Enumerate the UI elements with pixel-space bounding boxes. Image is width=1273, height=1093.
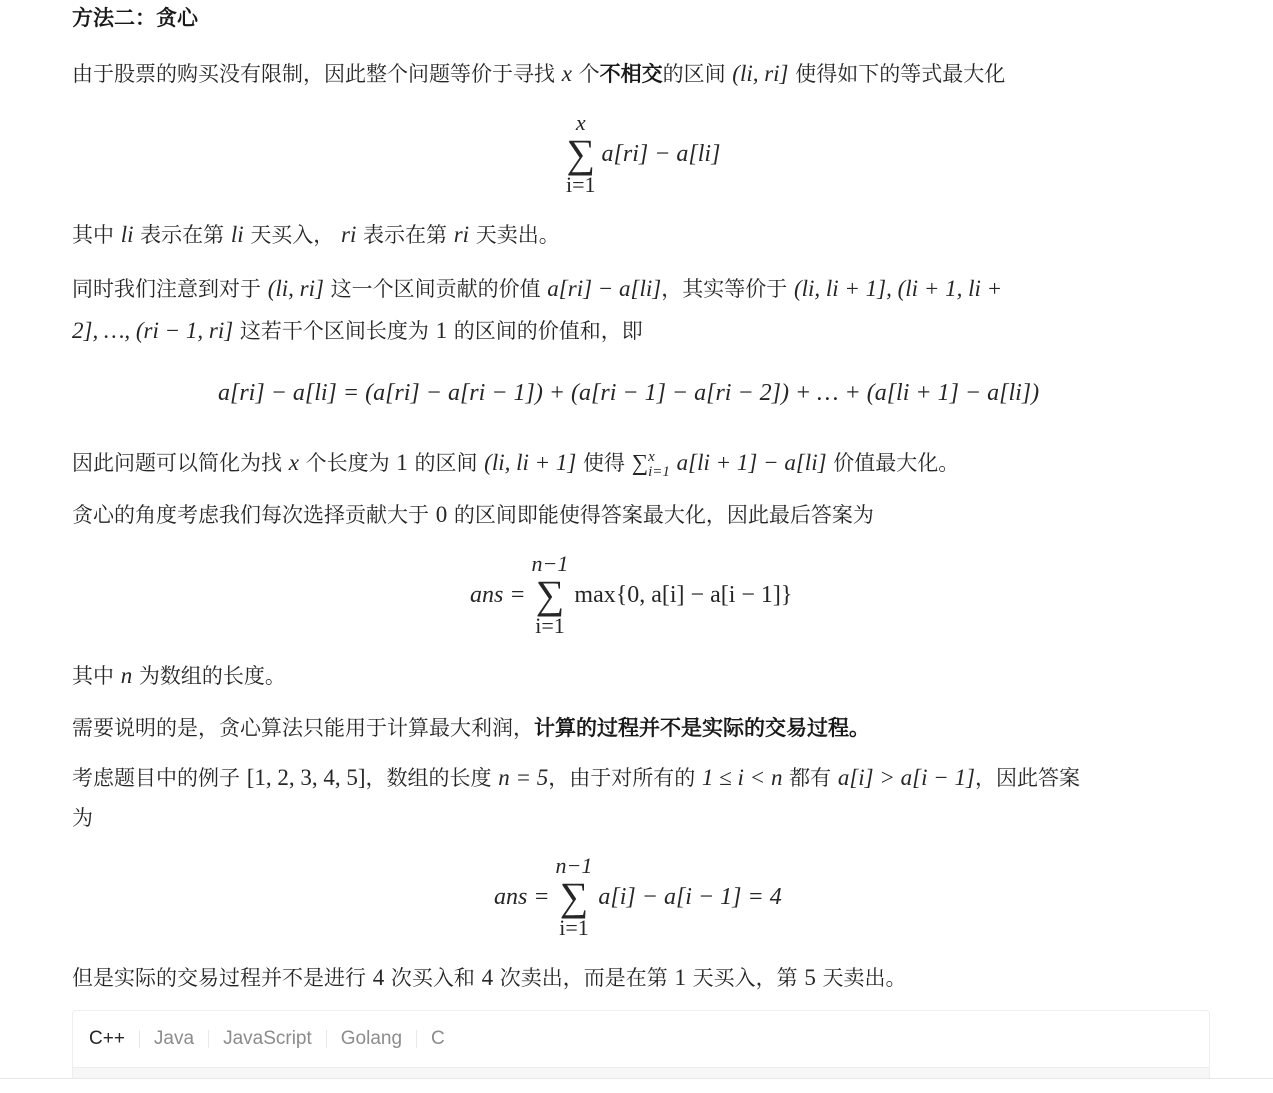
paragraph-note: 需要说明的是，贪心算法只能用于计算最大利润，计算的过程并不是实际的交易过程。 xyxy=(72,707,1212,749)
math: (li, li + 1], (li + 1, li + xyxy=(794,276,1002,301)
bold-text: 不相交 xyxy=(600,62,663,86)
text: 同时我们注意到对于 xyxy=(72,277,261,301)
tab-java[interactable]: Java xyxy=(154,1028,194,1050)
text: 由于股票的购买没有限制，因此整个问题等价于寻找 xyxy=(72,62,555,86)
paragraph-simplify: 因此问题可以简化为找 x 个长度为 1 的区间 (li, li + 1] 使得 … xyxy=(72,442,1212,484)
math: (li, li + 1] xyxy=(484,450,576,475)
text: 的区间 xyxy=(414,451,477,475)
text: 个长度为 xyxy=(306,451,390,475)
text: 贪心的角度考虑我们每次选择贡献大于 xyxy=(72,503,429,527)
section-title: 方法二：贪心 xyxy=(72,4,198,32)
formula-body: a[ri] − a[li] = (a[ri] − a[ri − 1]) + (a… xyxy=(218,380,1039,407)
formula-body: a[i] − a[i − 1] = 4 xyxy=(598,884,781,911)
math-li: li xyxy=(231,222,244,247)
paragraph-example-line1: 考虑题目中的例子 [1, 2, 3, 4, 5]，数组的长度 n = 5，由于对… xyxy=(72,757,1212,799)
math: n xyxy=(121,663,133,688)
math: 4 xyxy=(373,965,385,990)
sum-lower: i=1 xyxy=(566,174,596,196)
tab-divider xyxy=(416,1030,417,1048)
paragraph-definition: 其中 li 表示在第 li 天买入， ri 表示在第 ri 天卖出。 xyxy=(72,214,1212,256)
math-li: li xyxy=(121,222,134,247)
text: 需要说明的是，贪心算法只能用于计算最大利润， xyxy=(72,716,534,740)
math: 1 xyxy=(674,965,686,990)
text: 次卖出，而是在第 xyxy=(500,966,668,990)
text: 表示在第 xyxy=(363,223,447,247)
paragraph-decomposition-line2: 2], …, (ri − 1, ri] 这若干个区间长度为 1 的区间的价值和，… xyxy=(72,310,1212,352)
paragraph-greedy: 贪心的角度考虑我们每次选择贡献大于 0 的区间即能使得答案最大化，因此最后答案为 xyxy=(72,494,1212,536)
sum-lower: i=1 xyxy=(648,465,670,480)
sum-lower: i=1 xyxy=(535,615,565,637)
formula-lhs: ans = xyxy=(470,582,526,609)
text: 因此问题可以简化为找 xyxy=(72,451,282,475)
tab-javascript[interactable]: JavaScript xyxy=(223,1028,312,1050)
math-ri: ri xyxy=(454,222,469,247)
sigma-icon: ∑ xyxy=(567,136,596,172)
text: 为 xyxy=(72,806,93,830)
math: [1, 2, 3, 4, 5] xyxy=(247,765,366,790)
paragraph-example-line2: 为 xyxy=(72,797,1212,839)
math: 1 xyxy=(396,450,408,475)
sum-lower: i=1 xyxy=(559,917,589,939)
math: a[ri] − a[li] xyxy=(547,276,661,301)
tab-golang[interactable]: Golang xyxy=(341,1028,402,1050)
text: 都有 xyxy=(789,766,831,790)
text: 天卖出。 xyxy=(476,223,560,247)
text: 价值最大化。 xyxy=(833,451,959,475)
text: 天卖出。 xyxy=(823,966,907,990)
paragraph-n-definition: 其中 n 为数组的长度。 xyxy=(72,655,1212,697)
text: 使得如下的等式最大化 xyxy=(795,62,1005,86)
text: ，数组的长度 xyxy=(366,766,492,790)
paragraph-decomposition-line1: 同时我们注意到对于 (li, ri] 这一个区间贡献的价值 a[ri] − a[… xyxy=(72,268,1212,310)
text: 次买入和 xyxy=(391,966,475,990)
text: ，由于对所有的 xyxy=(548,766,695,790)
math: x xyxy=(289,450,299,475)
formula-answer-max: ans = n−1 ∑ i=1 max{0, a[i] − a[i − 1]} xyxy=(470,553,792,637)
text: 这一个区间贡献的价值 xyxy=(331,277,541,301)
formula-sum-intervals: x ∑ i=1 a[ri] − a[li] xyxy=(560,112,720,196)
text: 的区间即能使得答案最大化，因此最后答案为 xyxy=(454,503,874,527)
text: 个 xyxy=(579,62,600,86)
text: 其中 xyxy=(72,664,114,688)
text: 其中 xyxy=(72,223,114,247)
math-x: x xyxy=(562,61,572,86)
text: 考虑题目中的例子 xyxy=(72,766,240,790)
math: 1 ≤ i < n xyxy=(702,765,783,790)
sigma-icon: ∑ xyxy=(560,879,589,915)
text: 的区间的价值和，即 xyxy=(454,319,643,343)
math: a[i] > a[i − 1] xyxy=(838,765,975,790)
summation: n−1 ∑ i=1 xyxy=(556,855,593,939)
formula-body: a[ri] − a[li] xyxy=(602,141,721,168)
math: 2], …, (ri − 1, ri] xyxy=(72,318,233,343)
math: 0 xyxy=(436,502,448,527)
text: 这若干个区间长度为 xyxy=(240,319,429,343)
sigma-icon: ∑ xyxy=(536,577,565,613)
tab-cpp[interactable]: C++ xyxy=(89,1028,125,1050)
text: 但是实际的交易过程并不是进行 xyxy=(72,966,366,990)
tab-divider xyxy=(139,1030,140,1048)
text: 天买入， xyxy=(250,223,334,247)
text: 的区间 xyxy=(663,62,726,86)
text: 为数组的长度。 xyxy=(139,664,286,688)
summation: n−1 ∑ i=1 xyxy=(532,553,569,637)
language-tabs: C++ Java JavaScript Golang C xyxy=(73,1011,1209,1067)
math: 5 xyxy=(804,965,816,990)
math: (li, ri] xyxy=(268,276,324,301)
formula-body: max{0, a[i] − a[i − 1]} xyxy=(574,582,792,609)
bottom-bar xyxy=(0,1079,1273,1093)
inline-sum: ∑xi=1 xyxy=(632,450,670,475)
tab-divider xyxy=(326,1030,327,1048)
tab-c[interactable]: C xyxy=(431,1028,445,1050)
math-ri: ri xyxy=(341,222,356,247)
text: ，因此答案 xyxy=(975,766,1080,790)
paragraph-intro: 由于股票的购买没有限制，因此整个问题等价于寻找 x 个不相交的区间 (li, r… xyxy=(72,53,1212,95)
text: 使得 xyxy=(583,451,625,475)
formula-answer-example: ans = n−1 ∑ i=1 a[i] − a[i − 1] = 4 xyxy=(494,855,782,939)
formula-telescoping: a[ri] − a[li] = (a[ri] − a[ri − 1]) + (a… xyxy=(218,380,1039,407)
bold-text: 计算的过程并不是实际的交易过程。 xyxy=(534,716,870,740)
math: 4 xyxy=(482,965,494,990)
text: ，其实等价于 xyxy=(661,277,787,301)
formula-lhs: ans = xyxy=(494,884,550,911)
summation: x ∑ i=1 xyxy=(566,112,596,196)
tab-divider xyxy=(208,1030,209,1048)
math: n = 5 xyxy=(498,765,548,790)
text: 天买入，第 xyxy=(693,966,798,990)
math-interval: (li, ri] xyxy=(732,61,788,86)
sigma-icon: ∑ xyxy=(632,450,648,475)
math: 1 xyxy=(436,318,448,343)
math: a[li + 1] − a[li] xyxy=(677,450,827,475)
text: 表示在第 xyxy=(140,223,224,247)
sum-upper: x xyxy=(648,450,670,465)
paragraph-actual-trade: 但是实际的交易过程并不是进行 4 次买入和 4 次卖出，而是在第 1 天买入，第… xyxy=(72,957,1212,999)
